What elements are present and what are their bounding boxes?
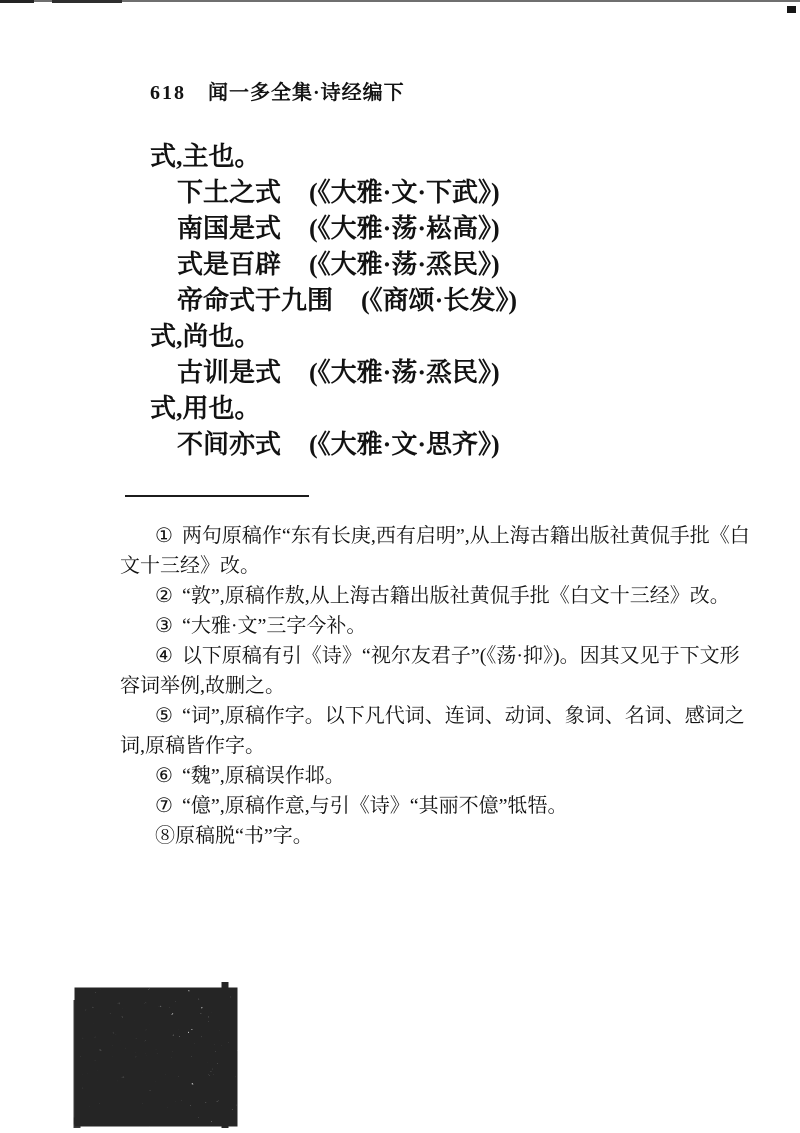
source-ref: (《大雅·荡·烝民》) [309, 250, 500, 279]
footnote-marker: ② [155, 585, 173, 607]
footnote-marker: ⑧ [155, 825, 175, 847]
footnote: ②“敦”,原稿作敖,从上海古籍出版社黄侃手批《白文十三经》改。 [120, 581, 752, 611]
footnote: ⑧原稿脱“书”字。 [120, 821, 752, 851]
source-ref: (《大雅·文·下武》) [309, 178, 500, 207]
ink-stamp-graphic [72, 982, 240, 1128]
footnote-text: 两句原稿作“东有长庚,西有启明”,从上海古籍出版社黄侃手批《白文十三经》改。 [120, 525, 750, 577]
source-ref: (《大雅·文·思齐》) [309, 430, 500, 459]
footnote-marker: ⑦ [155, 795, 173, 817]
running-header: 618闻一多全集·诗经编下 [150, 76, 405, 105]
footnote-divider [125, 495, 309, 497]
citation-line: 南国是式(《大雅·荡·崧高》) [150, 211, 710, 247]
footnote-text: “魏”,原稿误作邶。 [182, 765, 345, 787]
entry-list: 式,主也。 下土之式(《大雅·文·下武》) 南国是式(《大雅·荡·崧高》) 式是… [150, 139, 710, 463]
citation-line: 古训是式(《大雅·荡·烝民》) [150, 355, 710, 391]
citation-line: 式是百辟(《大雅·荡·烝民》) [150, 247, 710, 283]
quote-text: 式是百辟 [177, 247, 281, 283]
definition-line: 式,用也。 [150, 391, 710, 427]
quote-text: 南国是式 [177, 211, 281, 247]
scan-top-edge-dark-segment [0, 0, 34, 3]
footnote: ⑤“词”,原稿作字。以下凡代词、连词、动词、象词、名词、感词之词,原稿皆作字。 [120, 701, 752, 761]
quote-text: 不间亦式 [177, 427, 281, 463]
scan-speck-artifact [787, 6, 796, 13]
citation-line: 下土之式(《大雅·文·下武》) [150, 175, 710, 211]
footnote-text: “敦”,原稿作敖,从上海古籍出版社黄侃手批《白文十三经》改。 [182, 585, 730, 607]
scanned-book-page: 618闻一多全集·诗经编下 式,主也。 下土之式(《大雅·文·下武》) 南国是式… [0, 0, 800, 1133]
quote-text: 下土之式 [177, 175, 281, 211]
footnote-marker: ④ [155, 645, 173, 667]
scan-top-edge-dark-segment [52, 0, 122, 3]
page-number: 618 [150, 82, 186, 104]
footnote: ⑥“魏”,原稿误作邶。 [120, 761, 752, 791]
quote-text: 古训是式 [177, 355, 281, 391]
footnote-text: “词”,原稿作字。以下凡代词、连词、动词、象词、名词、感词之词,原稿皆作字。 [120, 705, 745, 757]
definition-line: 式,尚也。 [150, 319, 710, 355]
quote-text: 帝命式于九围 [177, 283, 333, 319]
citation-line: 不间亦式(《大雅·文·思齐》) [150, 427, 710, 463]
footnote: ③“大雅·文”三字今补。 [120, 611, 752, 641]
footnote-text: 以下原稿有引《诗》“视尔友君子”(《荡·抑》)。因其又见于下文形容词举例,故删之… [120, 645, 740, 697]
footnote-text: “大雅·文”三字今补。 [182, 615, 366, 637]
footnote: ⑦“億”,原稿作意,与引《诗》“其丽不億”牴牾。 [120, 791, 752, 821]
footnote-marker: ③ [155, 615, 173, 637]
definition-line: 式,主也。 [150, 139, 710, 175]
footnote-text: “億”,原稿作意,与引《诗》“其丽不億”牴牾。 [182, 795, 568, 817]
footnote-text: 原稿脱“书”字。 [175, 825, 313, 847]
footnote-marker: ⑥ [155, 765, 173, 787]
citation-line: 帝命式于九围(《商颂·长发》) [150, 283, 710, 319]
footnote-marker: ⑤ [155, 705, 173, 727]
ink-stamp [72, 982, 240, 1128]
book-title: 闻一多全集·诗经编下 [208, 82, 405, 104]
footnote-marker: ① [155, 525, 173, 547]
footnote: ①两句原稿作“东有长庚,西有启明”,从上海古籍出版社黄侃手批《白文十三经》改。 [120, 521, 752, 581]
source-ref: (《大雅·荡·崧高》) [309, 214, 500, 243]
footnote: ④以下原稿有引《诗》“视尔友君子”(《荡·抑》)。因其又见于下文形容词举例,故删… [120, 641, 752, 701]
footnotes: ①两句原稿作“东有长庚,西有启明”,从上海古籍出版社黄侃手批《白文十三经》改。 … [120, 521, 752, 851]
source-ref: (《商颂·长发》) [361, 286, 517, 315]
source-ref: (《大雅·荡·烝民》) [309, 358, 500, 387]
